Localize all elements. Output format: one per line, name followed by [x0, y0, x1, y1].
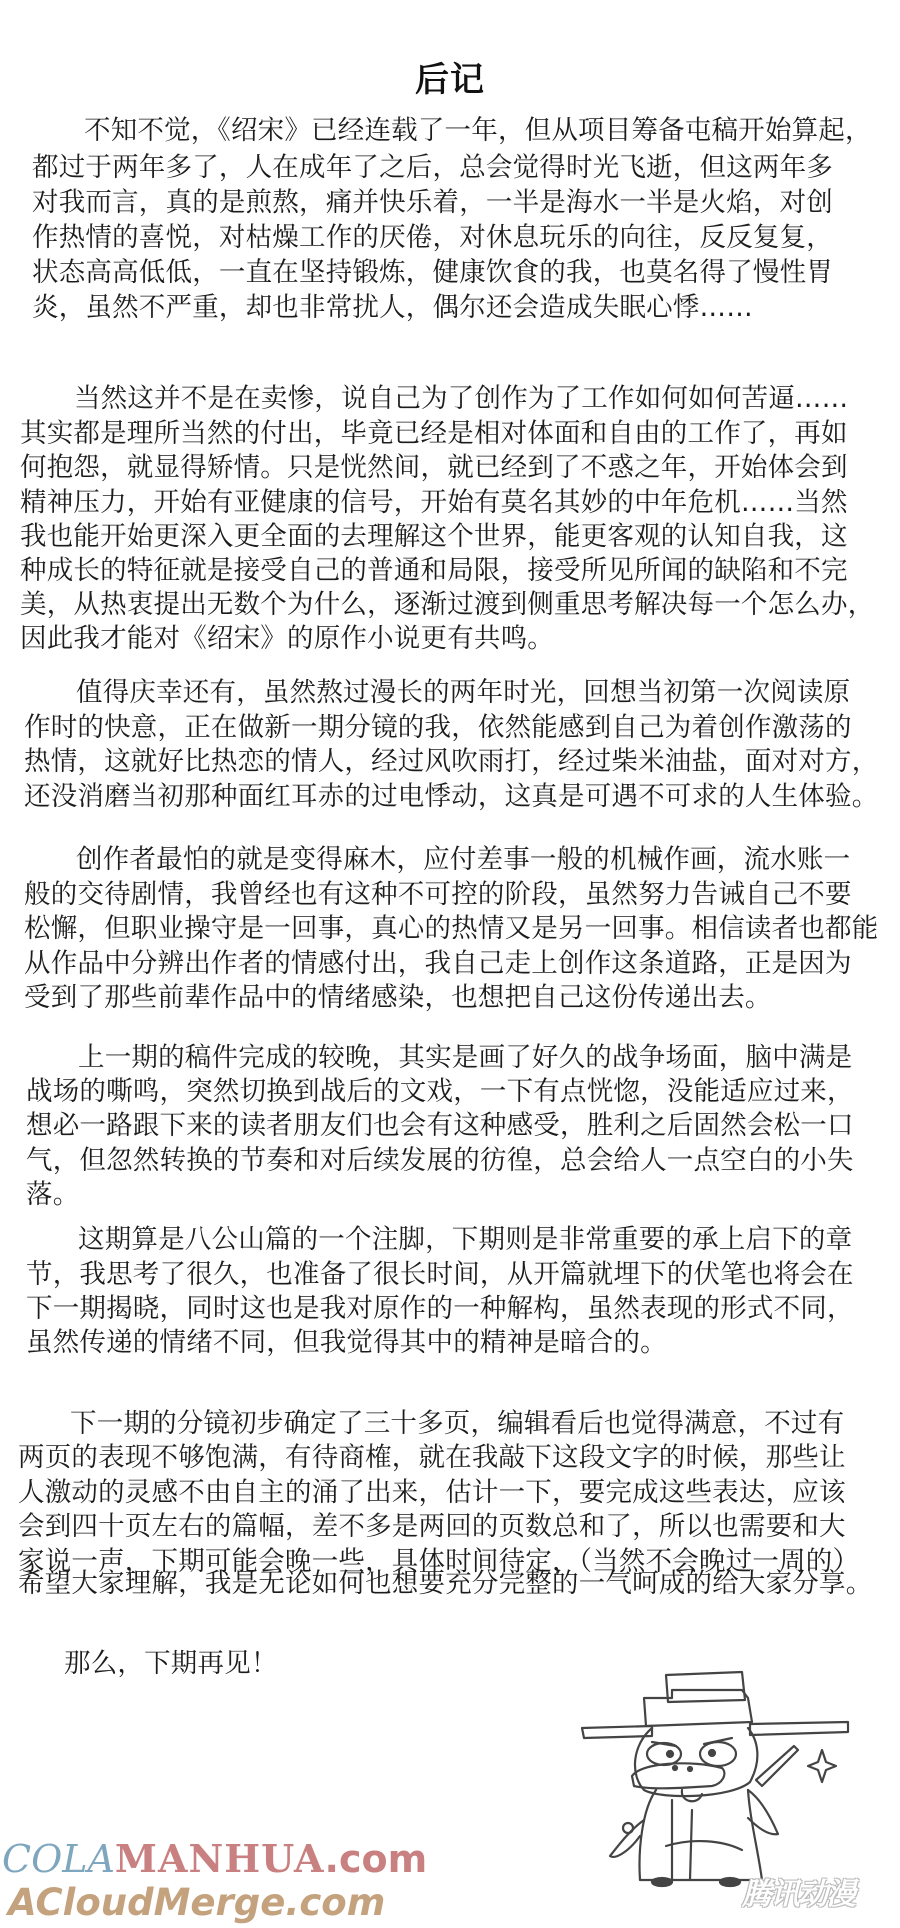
text-line: 这期算是八公山篇的一个注脚，下期则是非常重要的承上启下的章 — [78, 1224, 852, 1256]
text-line: 般的交待剧情，我曾经也有这种不可控的阶段，虽然努力告诫自己不要 — [24, 879, 852, 911]
text-line: 不知不觉，《绍宋》已经连载了一年，但从项目筹备屯稿开始算起， — [84, 115, 872, 147]
text-line: 从作品中分辨出作者的情感付出，我自己走上创作这条道路，正是因为 — [24, 948, 852, 980]
text-line: 作热情的喜悦，对枯燥工作的厌倦，对休息玩乐的向往，反反复复， — [32, 222, 833, 254]
text-line: 受到了那些前辈作品中的情绪感染，也想把自己这份传递出去。 — [24, 982, 772, 1014]
text-line: 炎，虽然不严重，却也非常扰人，偶尔还会造成失眠心悸…… — [32, 292, 753, 324]
text-line: 其实都是理所当然的付出，毕竟已经是相对体面和自由的工作了，再如 — [20, 418, 848, 450]
text-line: 精神压力，开始有亚健康的信号，开始有莫名其妙的中年危机……当然 — [20, 487, 848, 519]
text-line: 状态高高低低，一直在坚持锻炼，健康饮食的我，也莫名得了慢性胃 — [32, 257, 833, 289]
text-line: 下一期的分镜初步确定了三十多页，编辑看后也觉得满意，不过有 — [70, 1408, 844, 1440]
text-line: 当然这并不是在卖惨，说自己为了创作为了工作如何如何苦逼…… — [74, 383, 848, 415]
text-line: 松懈，但职业操守是一回事，真心的热情又是另一回事。相信读者也都能 — [24, 913, 878, 945]
duck-official-character-sketch-icon — [572, 1650, 872, 1910]
text-line: 会到四十页左右的篇幅，差不多是两回的页数总和了，所以也需要和大 — [18, 1511, 846, 1543]
text-line: 美，从热衷提出无数个为什么，逐渐过渡到侧重思考解决每一个怎么办， — [20, 589, 874, 621]
text-line: 想必一路跟下来的读者朋友们也会有这种感受，胜利之后固然会松一口 — [26, 1110, 854, 1142]
page-title: 后记 — [0, 52, 900, 101]
watermark-acloudmerge: ACloudMerge.com — [8, 1882, 385, 1924]
closing-line: 那么，下期再见！ — [64, 1648, 278, 1680]
text-line: 气，但忽然转换的节奏和对后续发展的彷徨，总会给人一点空白的小失 — [26, 1145, 854, 1177]
text-line: 热情，这就好比热恋的情人，经过风吹雨打，经过柴米油盐，面对对方， — [24, 746, 878, 778]
watermark-dotcom-text: .com — [325, 1837, 428, 1881]
text-line: 人激动的灵感不由自主的涌了出来，估计一下，要完成这些表达，应该 — [18, 1477, 846, 1509]
text-line: 节，我思考了很久，也准备了很长时间，从开篇就埋下的伏笔也将会在 — [26, 1259, 854, 1291]
text-line: 下一期揭晓，同时这也是我对原作的一种解构，虽然表现的形式不同， — [26, 1293, 854, 1325]
text-line: 何抱怨，就显得矫情。只是恍然间，就已经到了不惑之年，开始体会到 — [20, 452, 848, 484]
text-line: 对我而言，真的是煎熬，痛并快乐着，一半是海水一半是火焰，对创 — [32, 187, 833, 219]
text-line: 希望大家理解，我是无论如何也想要充分完整的一气呵成的给大家分享。 — [18, 1568, 872, 1600]
watermark-colamanhua: COLAMANHUA.com — [2, 1838, 427, 1880]
text-line: 落。 — [26, 1179, 79, 1211]
text-line: 两页的表现不够饱满，有待商榷，就在我敲下这段文字的时候，那些让 — [18, 1442, 846, 1474]
text-line: 战场的嘶鸣，突然切换到战后的文戏，一下有点恍惚，没能适应过来， — [26, 1076, 854, 1108]
watermark-cola-text: COLA — [2, 1837, 115, 1881]
text-line: 还没消磨当初那种面红耳赤的过电悸动，这真是可遇不可求的人生体验。 — [24, 781, 878, 813]
text-line: 创作者最怕的就是变得麻木，应付差事一般的机械作画，流水账一 — [76, 844, 850, 876]
text-line: 上一期的稿件完成的较晚，其实是画了好久的战争场面，脑中满是 — [78, 1042, 852, 1074]
text-line: 都过于两年多了，人在成年了之后，总会觉得时光飞逝，但这两年多 — [32, 152, 833, 184]
watermark-manhua-text: MANHUA — [115, 1836, 325, 1881]
text-line: 种成长的特征就是接受自己的普通和局限，接受所见所闻的缺陷和不完 — [20, 555, 848, 587]
text-line: 我也能开始更深入更全面的去理解这个世界，能更客观的认知自我，这 — [20, 521, 848, 553]
text-line: 值得庆幸还有，虽然熬过漫长的两年时光，回想当初第一次阅读原 — [76, 677, 850, 709]
watermark-publisher-logo: 腾讯动漫 — [742, 1877, 854, 1913]
text-line: 因此我才能对《绍宋》的原作小说更有共鸣。 — [20, 623, 554, 655]
text-line: 作时的快意，正在做新一期分镜的我，依然能感到自己为着创作激荡的 — [24, 712, 852, 744]
text-line: 虽然传递的情绪不同，但我觉得其中的精神是暗合的。 — [26, 1327, 667, 1359]
